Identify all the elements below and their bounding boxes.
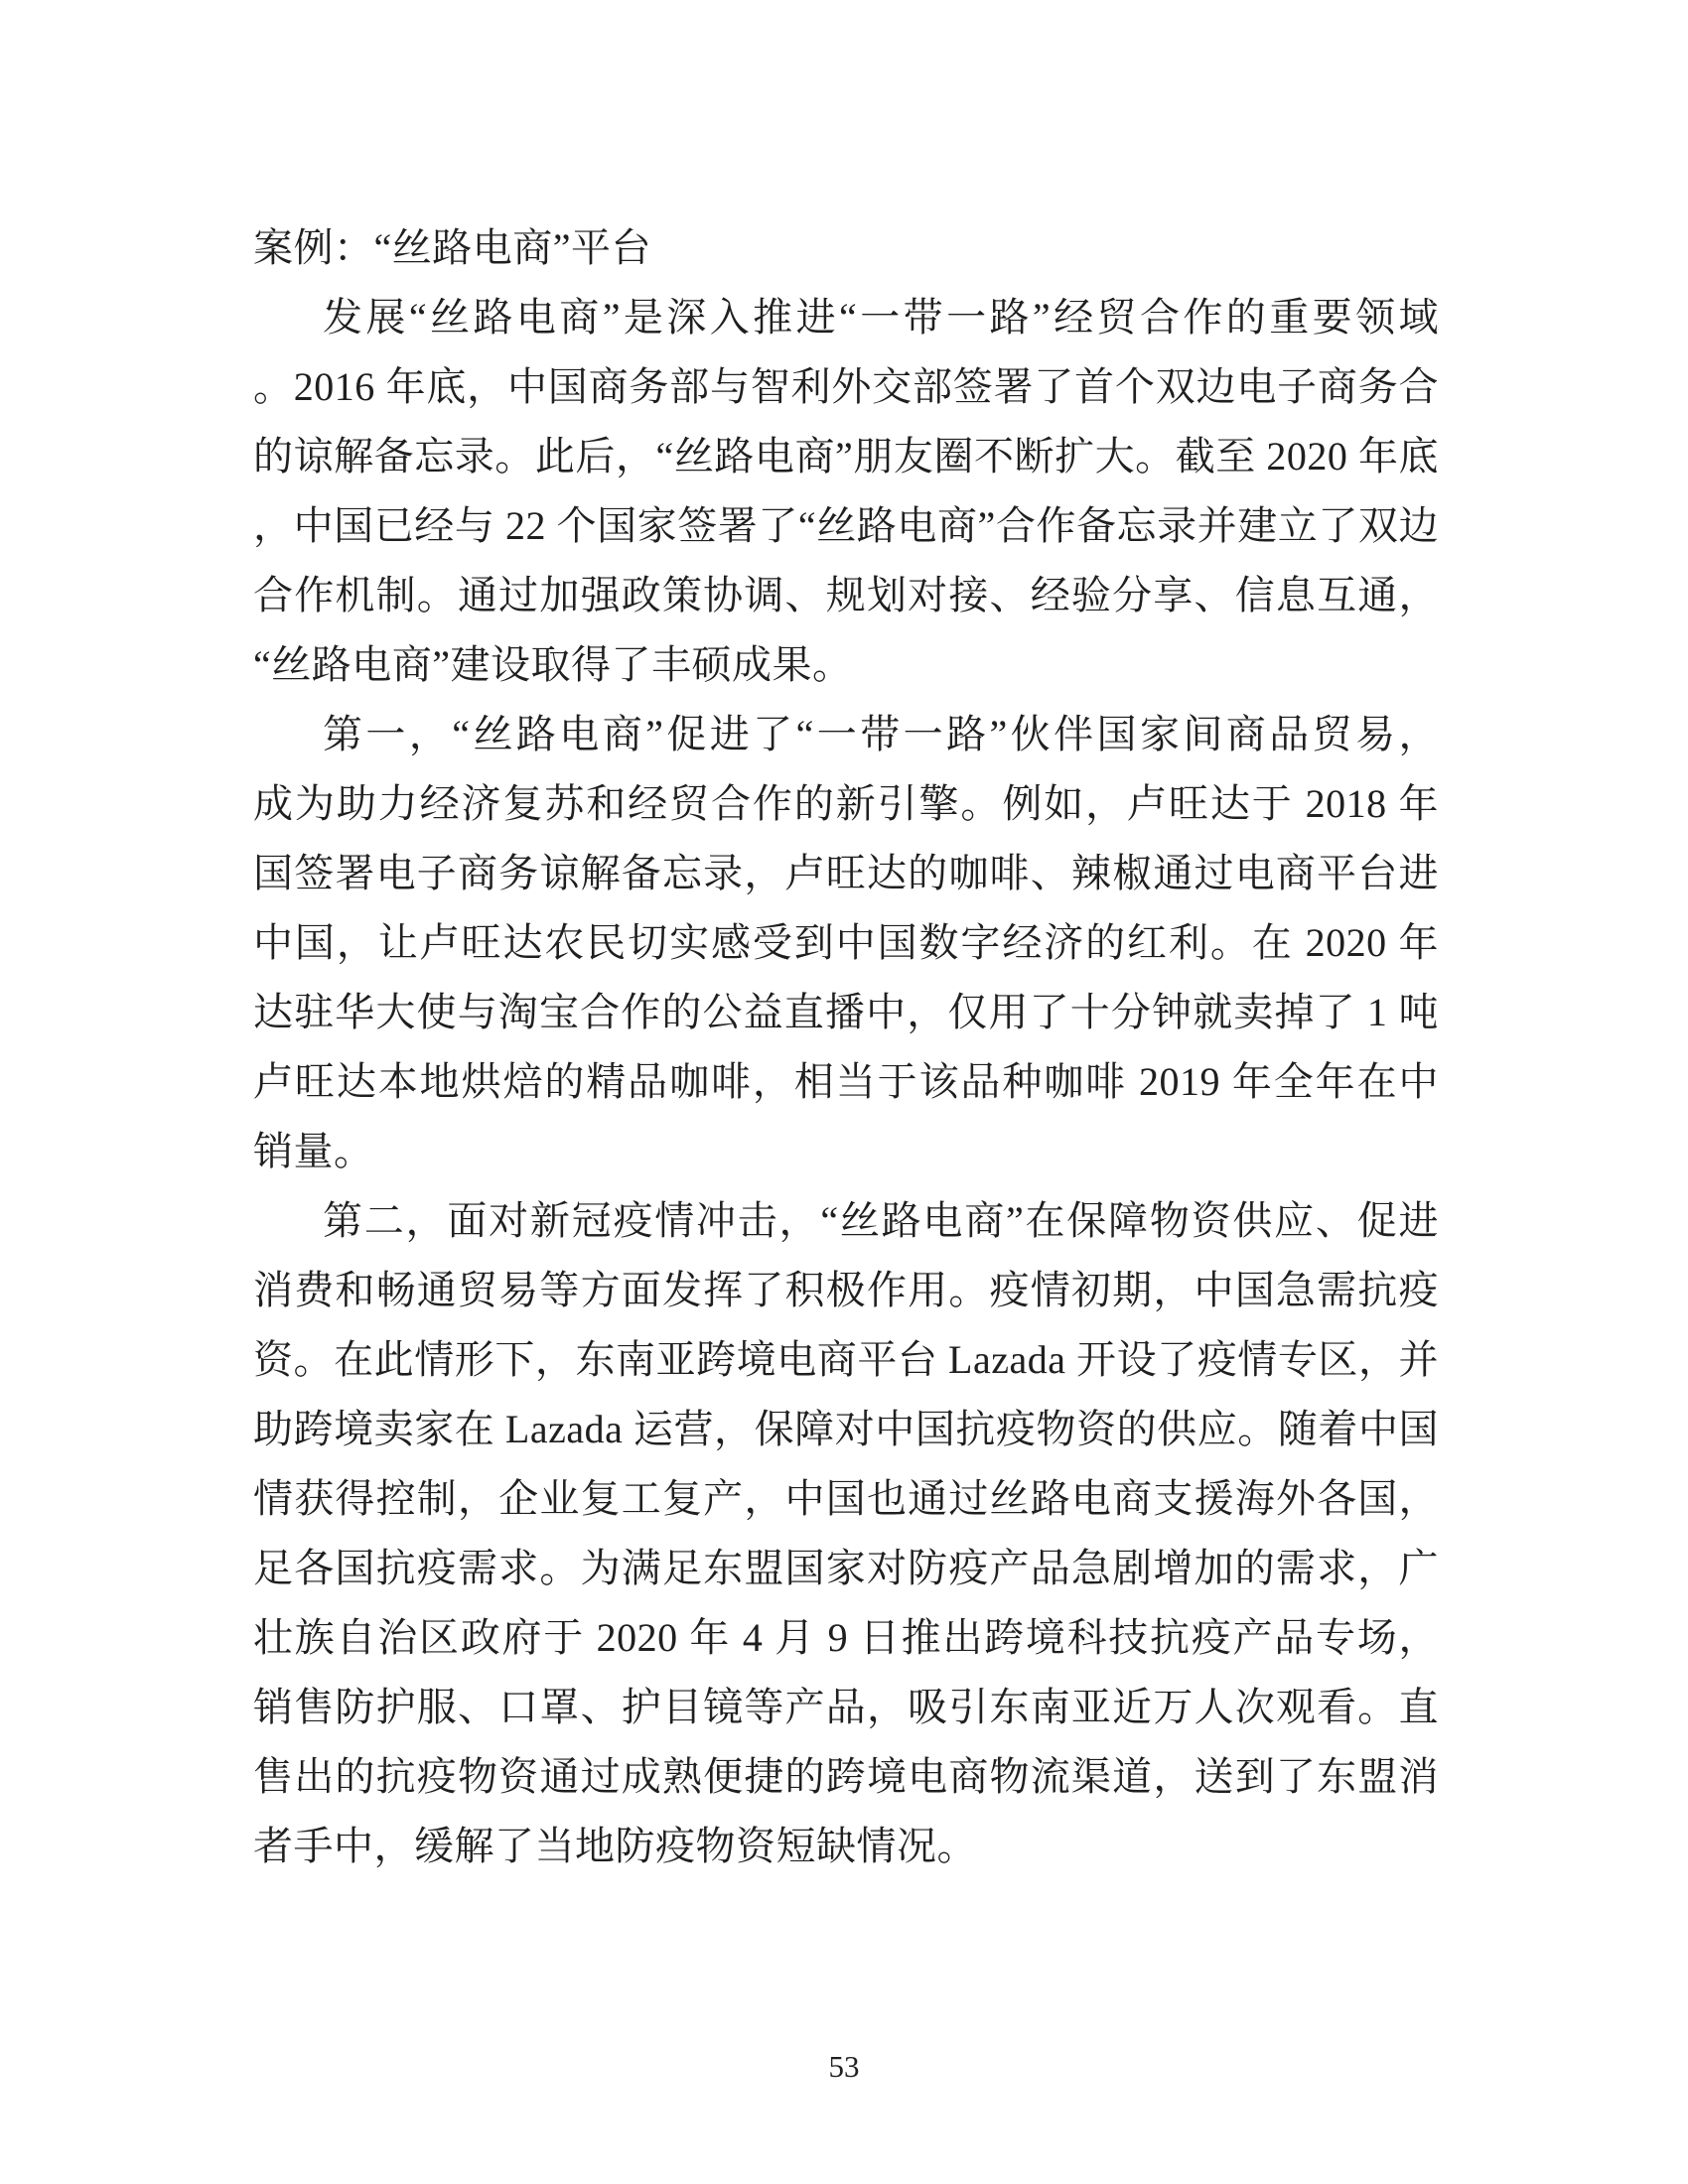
page-number: 53	[0, 2047, 1688, 2087]
text-block: 案例：“丝路电商”平台 发展“丝路电商”是深入推进“一带一路”经贸合作的重要领域…	[253, 213, 1439, 1881]
case-title: 案例：“丝路电商”平台	[253, 213, 1439, 283]
text-line: 足各国抗疫需求。为满足东盟国家对防疫产品急剧增加的需求，广西	[253, 1534, 1439, 1603]
text-line: 的谅解备忘录。此后，“丝路电商”朋友圈不断扩大。截至 2020 年底	[253, 422, 1439, 491]
text-line: 销量。	[253, 1117, 1439, 1186]
text-line: 者手中，缓解了当地防疫物资短缺情况。	[253, 1812, 1439, 1881]
text-line: 第一，“丝路电商”促进了“一带一路”伙伴国家间商品贸易，	[253, 700, 1439, 769]
text-line: 资。在此情形下，东南亚跨境电商平台 Lazada 开设了疫情专区，并协	[253, 1325, 1439, 1395]
text-line: 卢旺达本地烘焙的精品咖啡，相当于该品种咖啡 2019 年全年在中国的	[253, 1047, 1439, 1117]
text-line: 情获得控制，企业复工复产，中国也通过丝路电商支援海外各国，满	[253, 1464, 1439, 1534]
document-page: 案例：“丝路电商”平台 发展“丝路电商”是深入推进“一带一路”经贸合作的重要领域…	[0, 0, 1688, 2184]
text-line: 达驻华大使与淘宝合作的公益直播中，仅用了十分钟就卖掉了 1 吨多	[253, 978, 1439, 1047]
text-line: “丝路电商”建设取得了丰硕成果。	[253, 630, 1439, 700]
text-line: 中国，让卢旺达农民切实感受到中国数字经济的红利。在 2020 年卢旺	[253, 908, 1439, 978]
text-line: ，中国已经与 22 个国家签署了“丝路电商”合作备忘录并建立了双边	[253, 491, 1439, 561]
text-line: 合作机制。通过加强政策协调、规划对接、经验分享、信息互通，	[253, 561, 1439, 630]
text-line: 售出的抗疫物资通过成熟便捷的跨境电商物流渠道，送到了东盟消费	[253, 1742, 1439, 1812]
text-line: 第二，面对新冠疫情冲击，“丝路电商”在保障物资供应、促进	[253, 1186, 1439, 1256]
text-line: 。2016 年底，中国商务部与智利外交部签署了首个双边电子商务合作	[253, 352, 1439, 422]
text-line: 壮族自治区政府于 2020 年 4 月 9 日推出跨境科技抗疫产品专场，直播	[253, 1603, 1439, 1673]
text-line: 成为助力经济复苏和经贸合作的新引擎。例如，卢旺达于 2018 年同中	[253, 769, 1439, 839]
text-line: 助跨境卖家在 Lazada 运营，保障对中国抗疫物资的供应。随着中国疫	[253, 1395, 1439, 1464]
text-line: 销售防护服、口罩、护目镜等产品，吸引东南亚近万人次观看。直播	[253, 1673, 1439, 1742]
text-line: 国签署电子商务谅解备忘录，卢旺达的咖啡、辣椒通过电商平台进入	[253, 839, 1439, 908]
text-line: 消费和畅通贸易等方面发挥了积极作用。疫情初期，中国急需抗疫物	[253, 1256, 1439, 1325]
text-line: 发展“丝路电商”是深入推进“一带一路”经贸合作的重要领域	[253, 283, 1439, 352]
